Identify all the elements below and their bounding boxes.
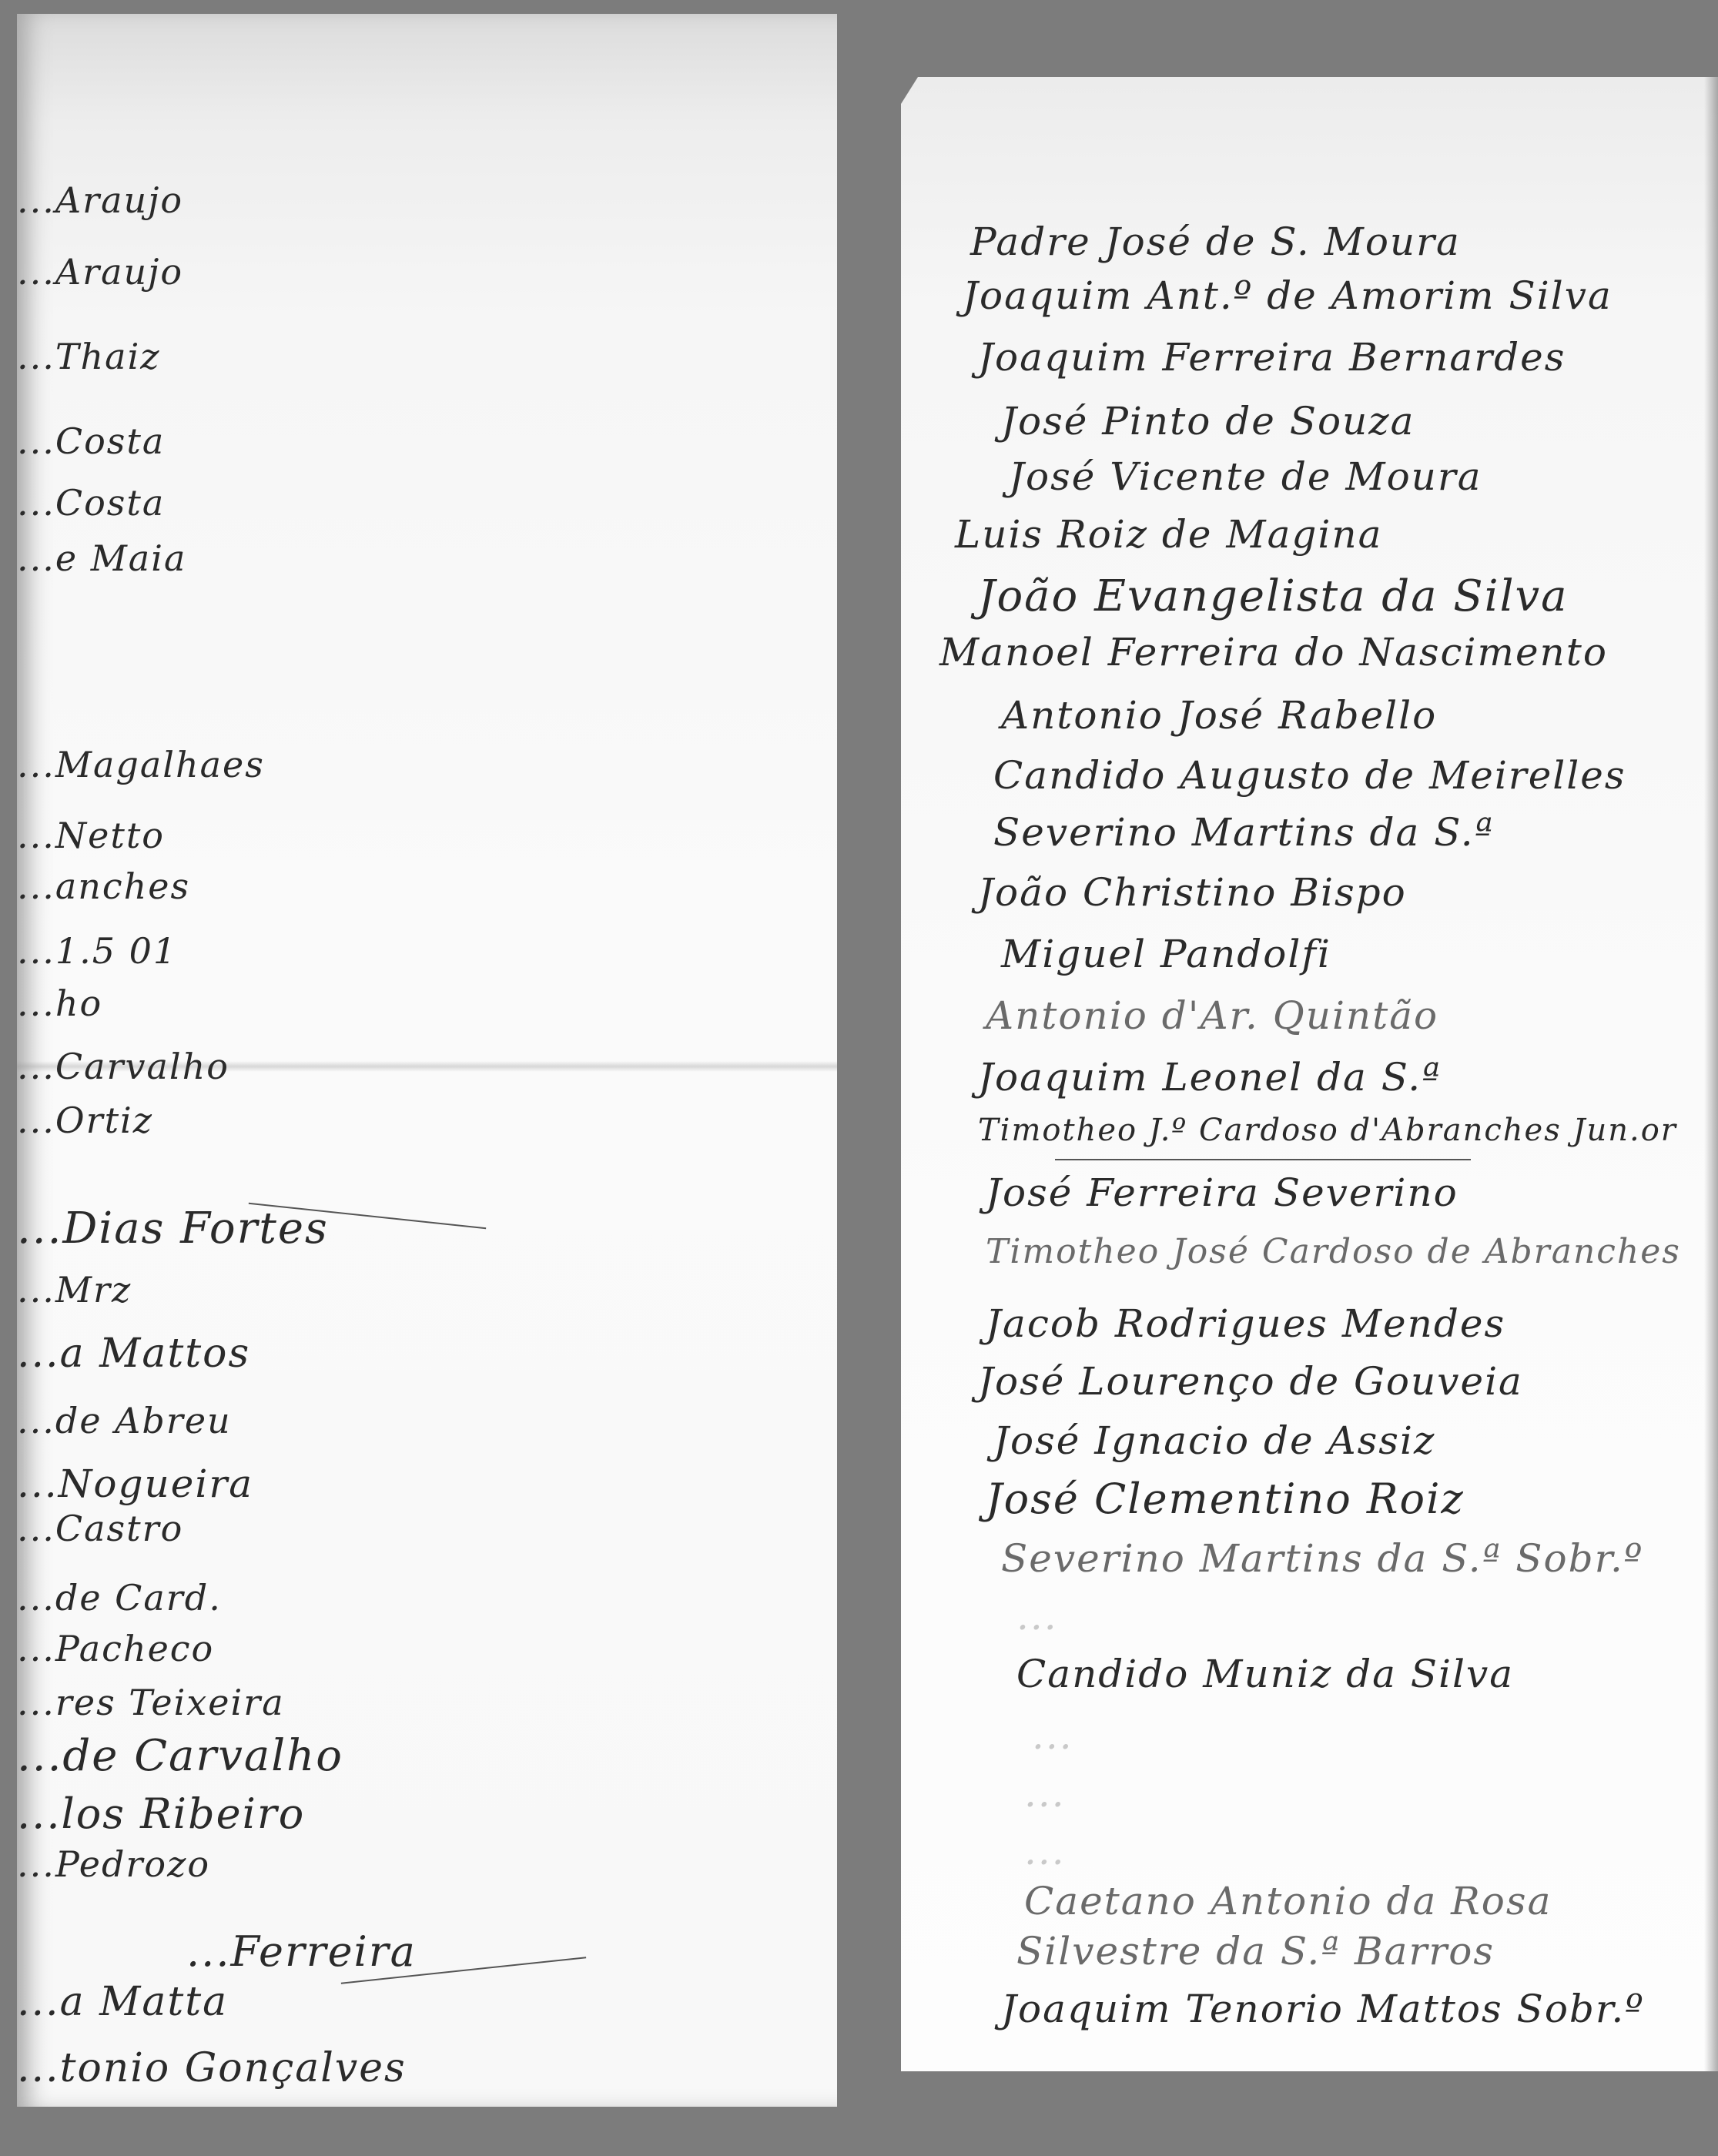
signature-line: ...Magalhaes (17, 744, 265, 785)
signature-line: ...Ortiz (17, 1100, 153, 1141)
signature-line: ...Araujo (17, 179, 183, 221)
signature-line: Candido Augusto de Meirelles (993, 753, 1626, 798)
signature-line: Timotheo J.º Cardoso d'Abranches Jun.or (978, 1113, 1677, 1148)
signature-line: Candido Muniz da Silva (1016, 1652, 1514, 1696)
signature-line: Padre José de S. Moura (970, 219, 1461, 264)
signature-line: Antonio José Rabello (1001, 693, 1437, 738)
left-page: ...Araujo ...Araujo ...Thaiz ...Costa ..… (17, 14, 837, 2107)
signature-line: José Ignacio de Assiz (993, 1418, 1435, 1463)
signature-line: Severino Martins da S.ª Sobr.º (1001, 1536, 1643, 1581)
signature-line: Luis Roiz de Magina (955, 512, 1382, 557)
signature-line: Timotheo José Cardoso de Abranches (986, 1232, 1681, 1271)
signature-line: ...Ferreira (186, 1927, 417, 1976)
signature-line: ...Castro (17, 1508, 183, 1549)
signature-line: ...Costa (17, 420, 165, 462)
signature-line: João Christino Bispo (978, 870, 1407, 915)
signature-line: ...Araujo (17, 251, 183, 293)
signature-line: ...Costa (17, 482, 165, 524)
signature-line: ...de Abreu (17, 1400, 232, 1441)
signature-line: ...res Teixeira (17, 1682, 285, 1723)
signature-line: João Evangelista da Silva (978, 571, 1569, 621)
signature-line: ...anches (17, 865, 190, 907)
signature-line: Joaquim Tenorio Mattos Sobr.º (1001, 1987, 1645, 2031)
signature-line: José Clementino Roiz (986, 1475, 1465, 1523)
signature-line: José Ferreira Severino (986, 1170, 1458, 1215)
faded-signature-line: ... (1032, 1713, 1073, 1758)
signature-line: ...Mrz (17, 1269, 132, 1311)
signature-line: ...a Matta (17, 1979, 228, 2025)
signature-line: ...Netto (17, 815, 165, 856)
signature-line: ...Carvalho (17, 1046, 229, 1087)
signature-line: Joaquim Leonel da S.ª (978, 1055, 1442, 1100)
signature-line: José Pinto de Souza (1001, 399, 1415, 444)
faded-signature-line: ... (1016, 1594, 1058, 1639)
signature-line: José Lourenço de Gouveia (978, 1359, 1523, 1404)
signature-line: Caetano Antonio da Rosa (1024, 1879, 1552, 1923)
signature-line: ...Nogueira (17, 1461, 253, 1506)
signature-line: ...Thaiz (17, 336, 161, 377)
faded-signature-line: ... (1024, 1829, 1066, 1873)
signature-line: Manoel Ferreira do Nascimento (939, 630, 1608, 675)
signature-line: ...ho (17, 983, 102, 1024)
signature-line: ...Pedrozo (17, 1843, 210, 1885)
faded-signature-line: ... (1024, 1771, 1066, 1816)
signature-line: Miguel Pandolfi (1001, 932, 1331, 976)
signature-line: Antonio d'Ar. Quintão (986, 993, 1438, 1038)
right-page: Padre José de S. Moura Joaquim Ant.º de … (901, 77, 1718, 2071)
signature-line: ...los Ribeiro (17, 1789, 305, 1838)
signature-line: Silvestre da S.ª Barros (1016, 1929, 1495, 1974)
signature-line: ...a Mattos (17, 1331, 250, 1377)
signature-line: ...e Maia (17, 537, 186, 579)
signature-line: Joaquim Ferreira Bernardes (978, 335, 1566, 380)
signature-line: ...tonio Gonçalves (17, 2045, 407, 2091)
signature-line: ...Pacheco (17, 1628, 214, 1669)
underline-flourish (1055, 1159, 1471, 1160)
signature-line: Jacob Rodrigues Mendes (986, 1301, 1505, 1346)
signature-line: ...1.5 01 (17, 930, 177, 972)
signature-line: ...de Carvalho (17, 1731, 343, 1781)
signature-line: Joaquim Ant.º de Amorim Silva (963, 273, 1613, 318)
signature-line: Severino Martins da S.ª (993, 810, 1494, 855)
page-edge-shadow (1704, 77, 1718, 2071)
signature-line: José Vicente de Moura (1009, 454, 1482, 499)
signature-line: ...Dias Fortes (17, 1204, 329, 1254)
signature-line: ...de Card. (17, 1577, 222, 1619)
